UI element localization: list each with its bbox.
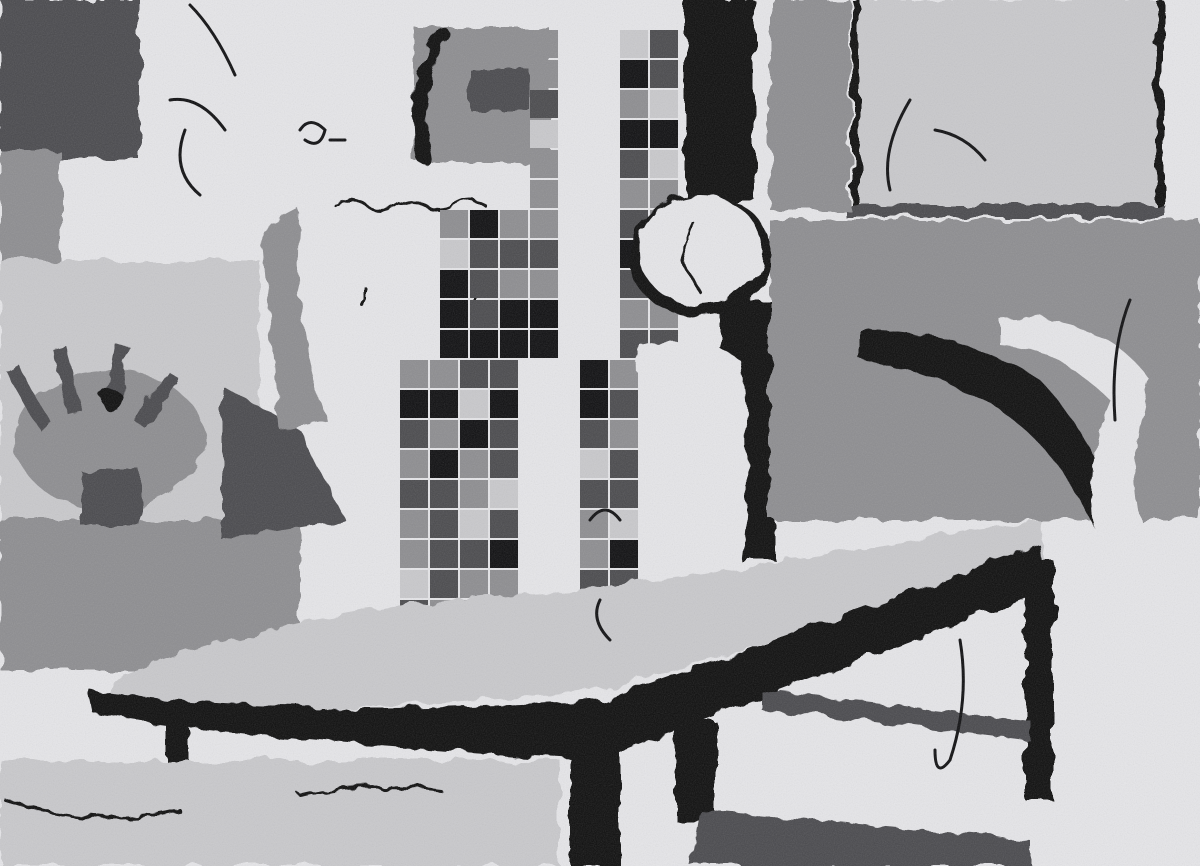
- artwork-canvas: [0, 0, 1200, 866]
- artwork-print: Monochrome etching/print of a studio int…: [0, 0, 1200, 866]
- grain-overlay: [0, 0, 1200, 866]
